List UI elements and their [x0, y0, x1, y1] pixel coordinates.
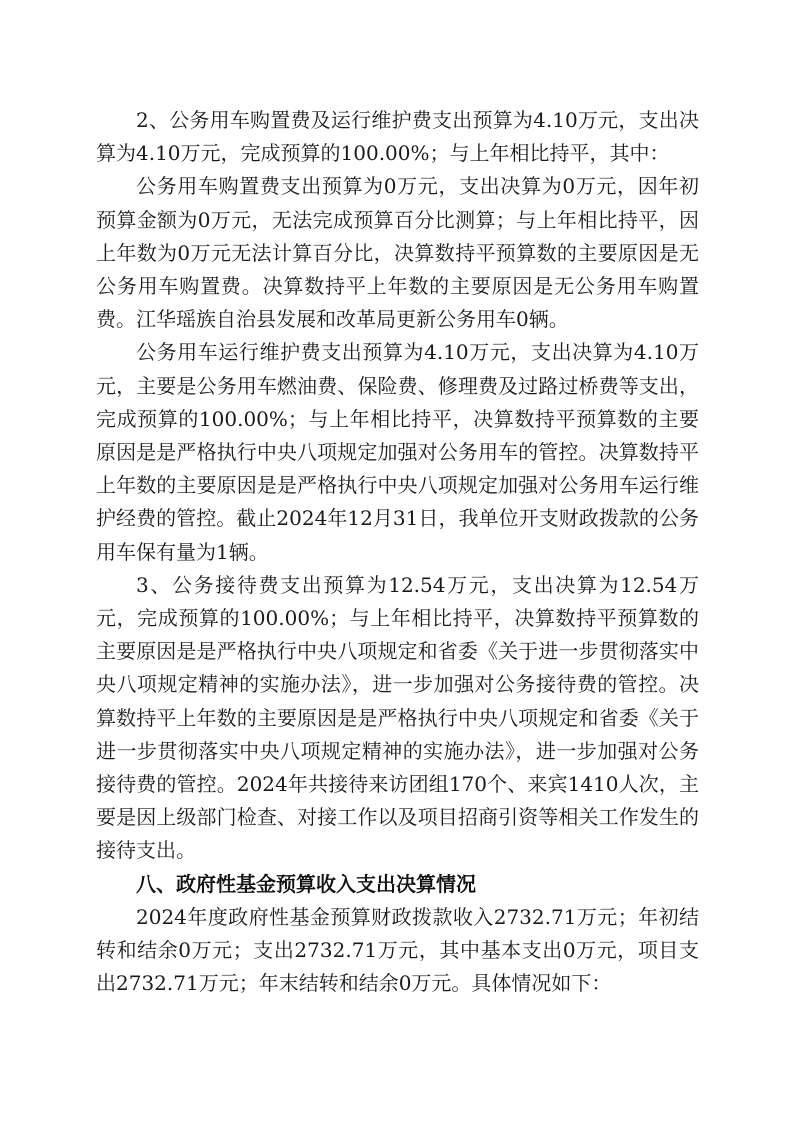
paragraph-vehicle-maintenance: 公务用车运行维护费支出预算为4.10万元，支出决算为4.10万元，主要是公务用车… [96, 336, 699, 568]
paragraph-reception-expense: 3、公务接待费支出预算为12.54万元，支出决算为12.54万元，完成预算的10… [96, 569, 699, 868]
paragraph-vehicle-purchase: 公务用车购置费支出预算为0万元，支出决算为0万元，因年初预算金额为0万元，无法完… [96, 170, 699, 336]
section-heading-government-fund: 八、政府性基金预算收入支出决算情况 [96, 868, 699, 901]
document-page: 2、公务用车购置费及运行维护费支出预算为4.10万元，支出决算为4.10万元，完… [96, 104, 699, 1000]
paragraph-government-fund-summary: 2024年度政府性基金预算财政拨款收入2732.71万元；年初结转和结余0万元；… [96, 901, 699, 1001]
paragraph-vehicle-expense-summary: 2、公务用车购置费及运行维护费支出预算为4.10万元，支出决算为4.10万元，完… [96, 104, 699, 170]
